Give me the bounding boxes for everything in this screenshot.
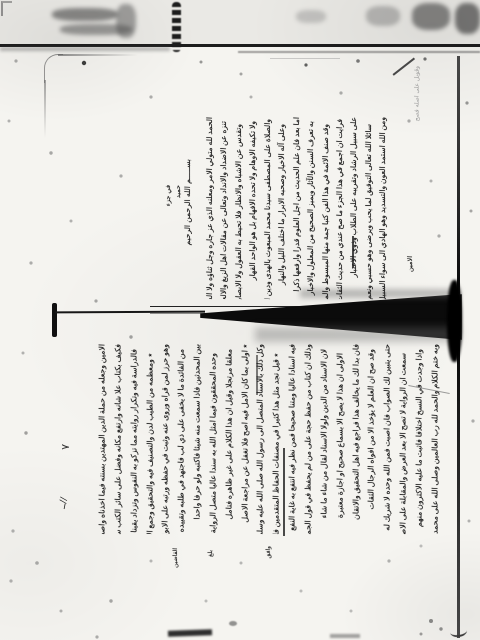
smudge: [116, 4, 136, 38]
manuscript-text-line: ولا تكيفه الاوهام ولا تحده الافهام بل هو…: [246, 117, 260, 300]
gutter-rule-end: [52, 303, 57, 337]
page-corner-edge: [44, 54, 63, 83]
manuscript-text-line: اما بعد فان علم الحديث من اجل العلوم قدر…: [290, 117, 304, 300]
manuscript-text-line: ٭ اولى بما كان الامل فيه اصح فلا تغفل عن…: [237, 344, 253, 535]
bottom-edge-streak: [168, 629, 212, 637]
faint-collation-note: وقوبل على اصله فصح: [412, 66, 425, 170]
manuscript-text-line: الاولى ان هذا لا يصح الا بسماع صحيح او ا…: [332, 344, 348, 535]
page-left-edge: [44, 80, 46, 138]
bottom-edge-streak: [330, 634, 360, 638]
manuscript-text-line: به تعرف السنن والآثار ويميز الصحيح من ال…: [304, 117, 318, 300]
manuscript-text-line: وعلى آله الاخيار وصحبه الابرار ما اختلف …: [275, 117, 289, 300]
collation-note-text: وقوبل على اصله فصح: [413, 66, 420, 170]
corner-registration-mark: [1, 1, 12, 16]
manuscript-text-line: وتقدس عن الاشباه والانظار فلا تحيط به ال…: [232, 117, 246, 300]
manuscript-text-line: وكل ذلك بالاسناد المتصل الى رسول الله صل…: [252, 344, 268, 535]
film-exposure-band: [0, 0, 480, 45]
manuscript-text-line: في جزء: [164, 185, 174, 227]
frame-edge-shadow: [0, 47, 170, 51]
smudge: [52, 8, 118, 21]
manuscript-text-line: وهو حرز لمن قراه وروى عنه وثبت في حفظه و…: [157, 344, 173, 535]
manuscript-text-line: وبه ختم الكلام والحمد لله رب العالمين وص…: [427, 344, 443, 535]
manuscript-text-line: الامين وجعله من حملة الدين المهتدين بسنت…: [94, 344, 110, 535]
smudge: [296, 10, 326, 23]
margin-check-mark: ٧: [58, 444, 74, 460]
upper-page-catchword: الامين: [405, 256, 419, 294]
manuscript-text-line: لان الاسناد من الدين ولولا الاسناد لقال …: [316, 344, 332, 535]
smudge: [412, 3, 450, 30]
manuscript-text-line: حتى يتبين لك الصواب فان اصبت فمن الله وح…: [379, 344, 395, 535]
quotation-rule: [283, 448, 285, 536]
manuscript-text-line: ومن الله استمد العون والتسديد وهو الهادي…: [376, 117, 390, 300]
frame-edge-line-secondary: [238, 51, 480, 53]
margin-dash-mark: ــ//: [58, 496, 70, 509]
manuscript-text-line: وحده المحققون فيما امثل الله به سندا عال…: [205, 344, 221, 535]
manuscript-text-line: سمعت ان الرواية لا تصح الا بعد العرض وال…: [395, 344, 411, 535]
binding-shadow-fringe: [255, 327, 460, 342]
margin-note-text: بلغ: [207, 550, 214, 576]
margin-note-text: القاضين: [172, 548, 179, 588]
manuscript-text-line: سائلا الله تعالى التوفيق لما يحب ويرضى و…: [362, 117, 376, 300]
manuscript-text-line: معلقا مرتجلا وقيل ان هذا الكلام على غير …: [221, 344, 237, 535]
smudge: [366, 6, 400, 26]
manuscript-scan: في جزءحميد بســـــم الله الرحمن الرحيم ا…: [0, 0, 480, 640]
check-mark-glyph: ٧: [59, 444, 72, 461]
manuscript-text-line: ٭ قيل تجد مثل هذا كثيرا في مصنفات الحفاظ…: [268, 344, 284, 535]
manuscript-text-line: من الفائدة ما لا يخفى على ذي لب فاجتهد ف…: [173, 344, 189, 535]
bottom-corner-curl-mark: [449, 625, 467, 638]
basmala-line: بســـــم الله الرحمن الرحيم: [182, 158, 202, 250]
manuscript-text-line: تنزه عن الاضداد والانداد وتعالى عن مقالا…: [217, 117, 231, 300]
manuscript-text-line: فيه اسنادا عاليا ومتنا صحيحا فمن نظر فيه…: [284, 344, 300, 535]
catchword-text: الامين: [406, 256, 414, 294]
margin-note-text: وافق: [265, 546, 272, 582]
bottom-margin-note: بلغ: [206, 550, 219, 576]
binding-shadow-blob: [447, 280, 462, 362]
manuscript-text-line: وقد صح ان العلم لا يؤخذ الا من افواه الر…: [363, 344, 379, 535]
quotation-rule: [352, 236, 354, 268]
manuscript-text-line: فكيف بكتاب علا شانه وارتفع مكانه وفضل عل…: [110, 344, 126, 535]
paper-speckle-field: [0, 0, 2, 2]
manuscript-text-line: والصلاة على المصطفى سيدنا محمد المبعوث ب…: [261, 117, 275, 300]
manuscript-text-line: فالدراسة فيه وتكرار روايته مما تزكو به ا…: [126, 344, 142, 535]
bottom-margin-note: القاضين: [170, 548, 185, 588]
manuscript-text-line: فرايت ان اجمع في هذا الجزء ما صح عندي من…: [333, 117, 347, 300]
lower-page-text-block: الامين وجعله من حملة الدين المهتدين بسنت…: [94, 344, 443, 534]
bottom-margin-note: وافق: [264, 546, 277, 582]
quotation-rule: [256, 355, 258, 395]
manuscript-text-line: فان بدا لك ما يخالف هذا فراجع فيه اهل ال…: [348, 344, 364, 535]
manuscript-text-line: بين المحدثين فاذا سمعت منه شيئا فاكتبه و…: [189, 344, 205, 535]
manuscript-text-line: ٭ ومعظمه من الطيب لدن والتصنيف فيه والتح…: [142, 344, 158, 535]
bottom-spot: [229, 621, 237, 626]
upper-page-text-block: الحمد لله متولي الامر ومعلنه الذي عز جار…: [203, 117, 391, 299]
page-top-edge: [270, 58, 340, 59]
manuscript-text-line: وذلك ان كتاب من حفظ حجة على من لم يحفظ ف…: [300, 344, 316, 535]
manuscript-text-line: واذا وجدت في النسخ اختلافا فاثبت ما عليه…: [411, 344, 427, 535]
basmala-text: بســـــم الله الرحمن الرحيم: [183, 159, 192, 249]
manuscript-text-line: على سبيل الرشاد وتقريبه على الطلاب وذوي …: [347, 117, 361, 300]
page-top-edge: [58, 54, 138, 56]
manuscript-text-line: وقد صنف الائمة في هذا الفن كتبا جمة منها…: [319, 117, 333, 300]
smudge: [455, 3, 480, 34]
manuscript-text-line: الحمد لله متولي الامر ومعلنه الذي عز جار…: [203, 117, 217, 300]
